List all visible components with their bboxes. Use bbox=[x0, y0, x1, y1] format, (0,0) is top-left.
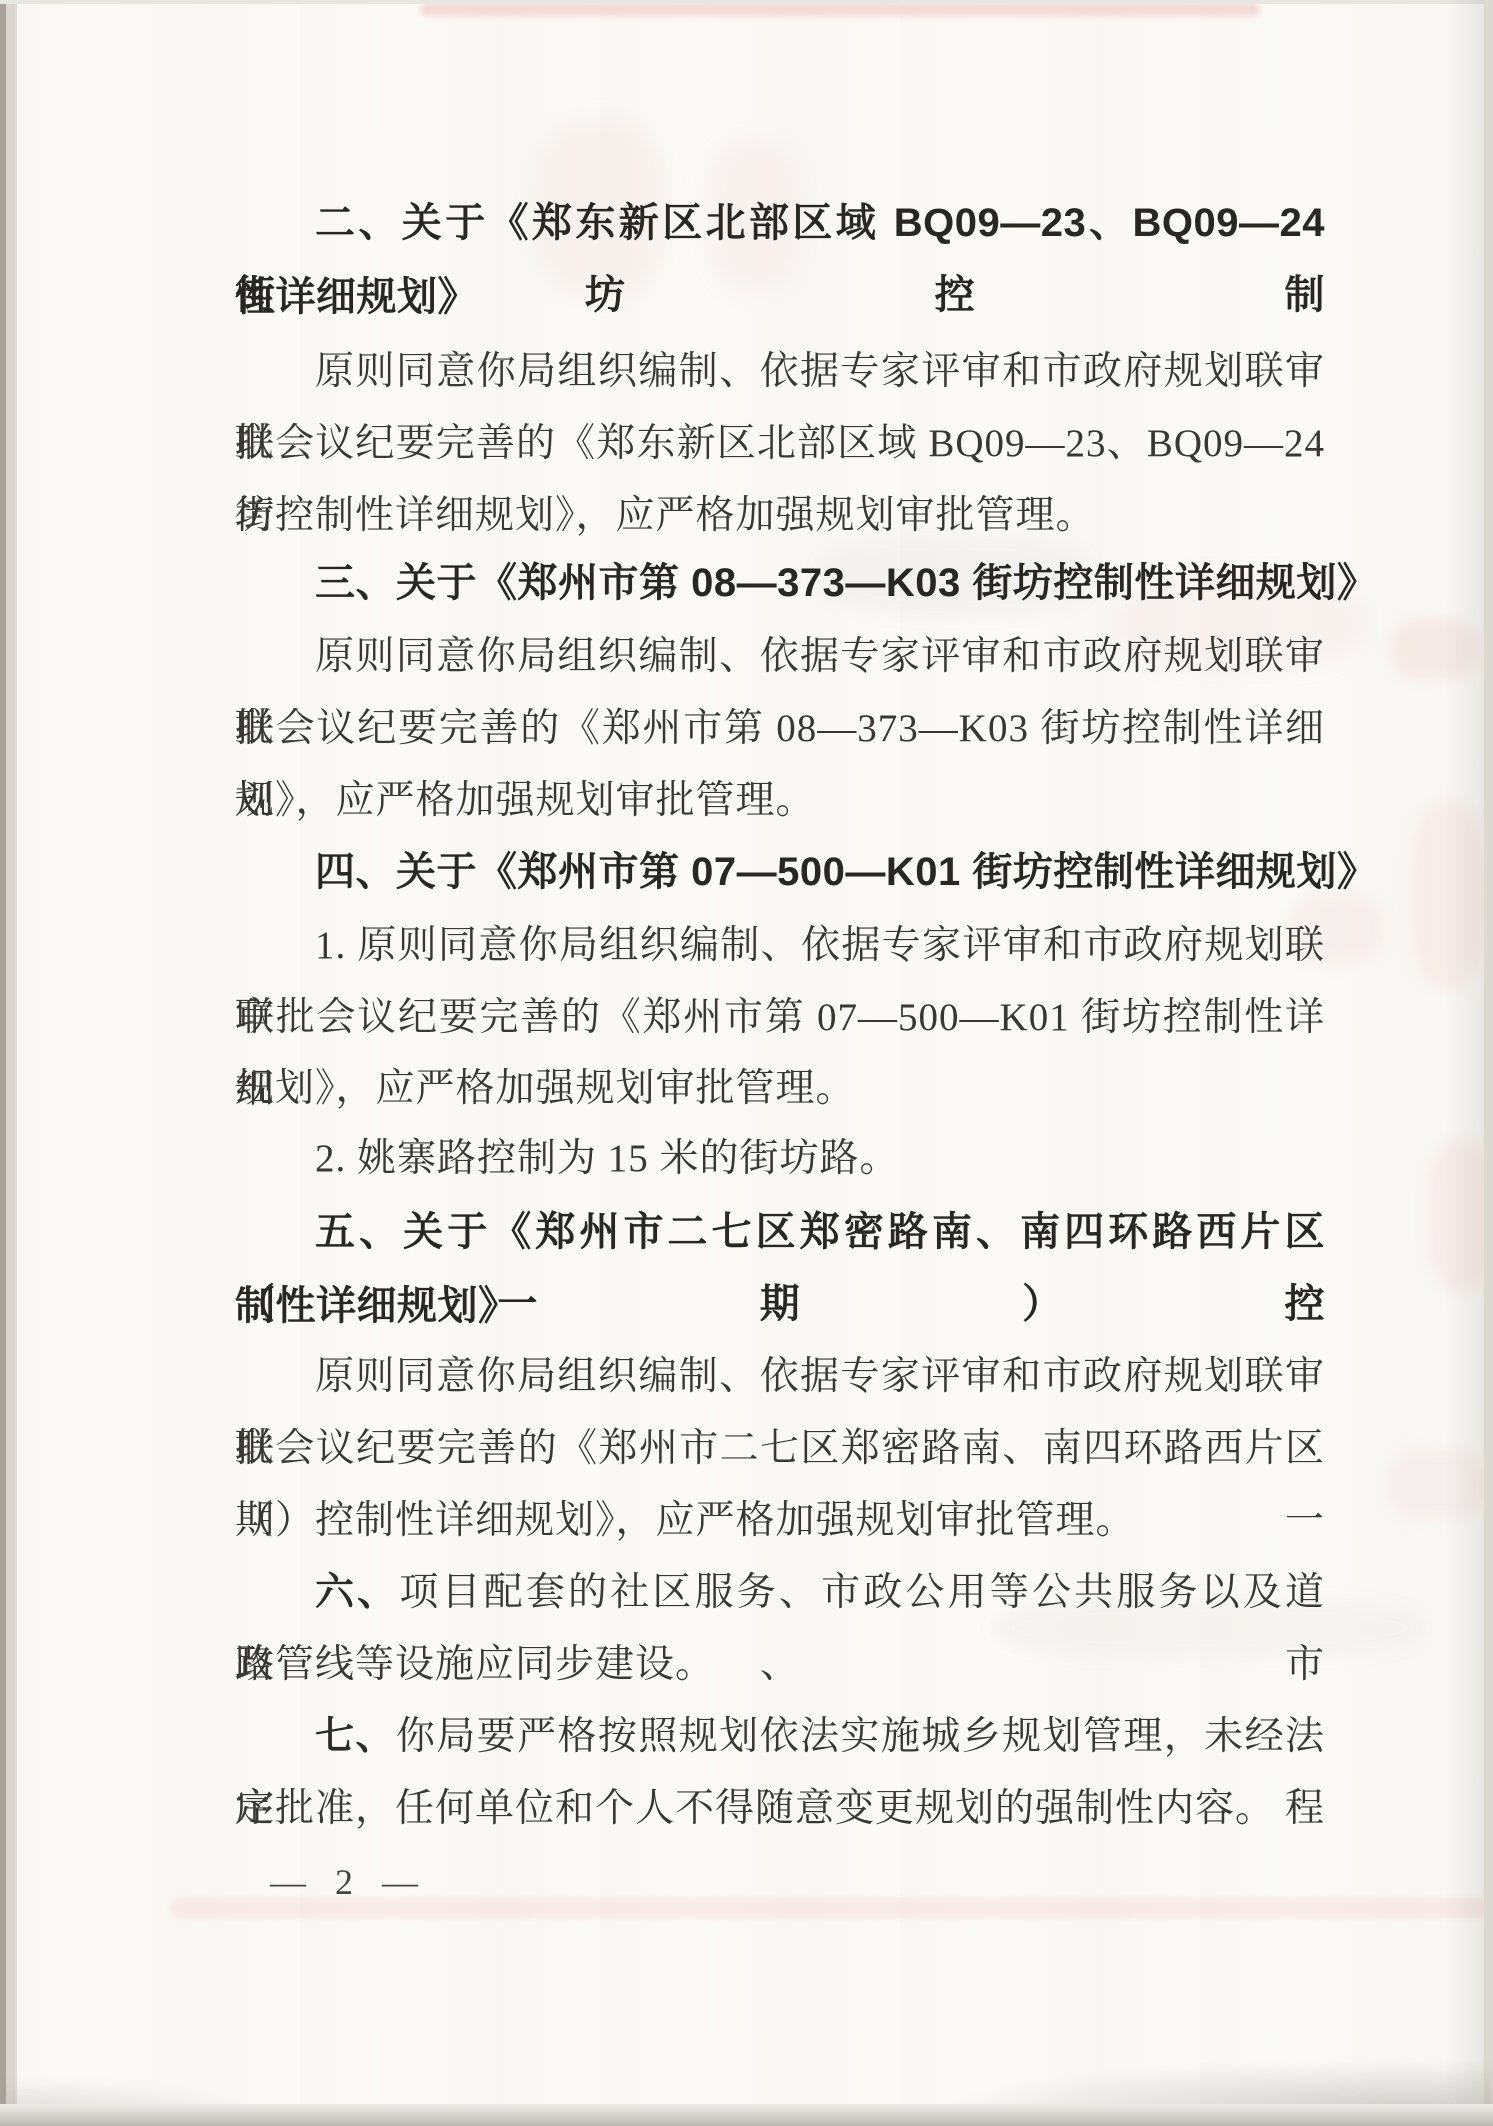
section-6-number: 六、 bbox=[315, 1571, 399, 1614]
body-line: 原则同意你局组织编制、依据专家评审和市政府规划联审联 bbox=[235, 1341, 1325, 1413]
section-5-heading-line-1: 五、关于《郑州市二七区郑密路南、南四环路西片区（一期）控 bbox=[235, 1196, 1325, 1268]
section-5-heading-line-2: 制性详细规划》 bbox=[235, 1270, 1325, 1342]
body-line-item-1: 1. 原则同意你局组织编制、依据专家评审和市政府规划联审 bbox=[235, 910, 1325, 982]
section-2-heading-line-1: 二、关于《郑东新区北部区域 BQ09—23、BQ09—24 街坊控制 bbox=[235, 187, 1325, 259]
body-line: 联批会议纪要完善的《郑州市第 07—500—K01 街坊控制性详细 bbox=[235, 982, 1325, 1054]
scan-edge-left-outer bbox=[0, 0, 6, 2126]
bleed-through-mark bbox=[1428, 1138, 1490, 1293]
scan-edge-bottom bbox=[0, 2104, 1493, 2126]
section-7-line-2: 序批准，任何单位和个人不得随意变更规划的强制性内容。 bbox=[235, 1773, 1325, 1845]
body-line: 原则同意你局组织编制、依据专家评审和市政府规划联审联 bbox=[235, 621, 1325, 693]
bleed-through-mark bbox=[420, 2, 1260, 16]
scan-edge-top bbox=[0, 0, 1493, 4]
body-line-item-2: 2. 姚寨路控制为 15 米的街坊路。 bbox=[235, 1123, 1325, 1195]
section-4-heading-line: 四、关于《郑州市第 07—500—K01 街坊控制性详细规划》 bbox=[235, 836, 1325, 908]
section-7-number: 七、 bbox=[315, 1715, 396, 1758]
scan-edge-left-line bbox=[15, 0, 17, 2126]
scan-edge-right-shadow bbox=[1444, 0, 1484, 2126]
section-2-heading-line-2: 性详细规划》 bbox=[235, 261, 1325, 333]
body-line: 批会议纪要完善的《郑州市二七区郑密路南、南四环路西片区（一 bbox=[235, 1413, 1325, 1485]
page-curl-shadow-left bbox=[0, 2078, 260, 2114]
scanned-document-page: 二、关于《郑东新区北部区域 BQ09—23、BQ09—24 街坊控制 性详细规划… bbox=[0, 0, 1493, 2126]
section-3-heading-line: 三、关于《郑州市第 08—373—K03 街坊控制性详细规划》 bbox=[235, 547, 1325, 619]
page-number: — 2 — bbox=[270, 1846, 428, 1918]
body-line: 批会议纪要完善的《郑东新区北部区域 BQ09—23、BQ09—24 街 bbox=[235, 408, 1325, 480]
section-6-line-1: 六、项目配套的社区服务、市政公用等公共服务以及道路、市 bbox=[235, 1557, 1325, 1629]
body-line: 坊控制性详细规划》，应严格加强规划审批管理。 bbox=[235, 480, 1325, 552]
section-6-line-2: 政管线等设施应同步建设。 bbox=[235, 1629, 1325, 1701]
page-curl-shadow-right bbox=[933, 2060, 1493, 2112]
section-7-line-1: 七、你局要严格按照规划依法实施城乡规划管理，未经法定程 bbox=[235, 1701, 1325, 1773]
body-line: 期）控制性详细规划》，应严格加强规划审批管理。 bbox=[235, 1485, 1325, 1557]
bleed-through-mark bbox=[1412, 800, 1484, 990]
body-line: 批会议纪要完善的《郑州市第 08—373—K03 街坊控制性详细规 bbox=[235, 693, 1325, 765]
bleed-through-mark bbox=[1388, 1448, 1486, 1520]
scan-edge-right-strip bbox=[1484, 0, 1493, 2126]
body-line: 划》，应严格加强规划审批管理。 bbox=[235, 765, 1325, 837]
body-line: 规划》，应严格加强规划审批管理。 bbox=[235, 1053, 1325, 1125]
bleed-through-mark bbox=[1392, 618, 1477, 680]
body-line: 原则同意你局组织编制、依据专家评审和市政府规划联审联 bbox=[235, 336, 1325, 408]
scan-edge-left-inner bbox=[6, 0, 15, 2126]
